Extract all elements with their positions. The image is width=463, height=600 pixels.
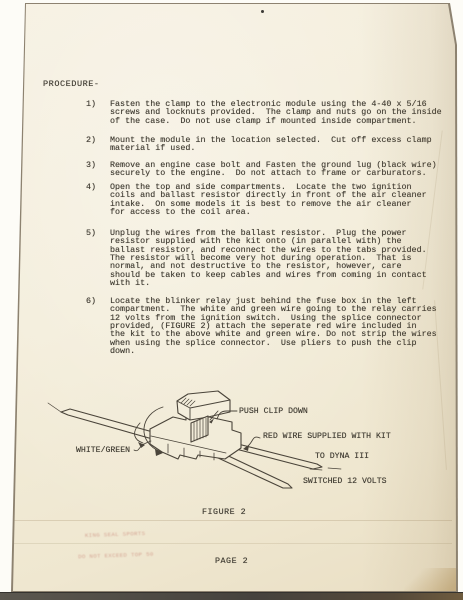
page-curl-shadow	[404, 568, 456, 592]
step-number: 4)	[86, 183, 110, 216]
figure-caption: FIGURE 2	[202, 507, 246, 517]
label-switched-12-volts: SWITCHED 12 VOLTS	[303, 477, 387, 486]
leader-dyna-dash	[310, 469, 322, 470]
step-number: 2)	[86, 136, 110, 153]
connector-blade	[191, 416, 208, 442]
step-text: Mount the module in the location selecte…	[110, 136, 432, 153]
step-text: Locate the blinker relay just behind the…	[110, 297, 437, 355]
label-push-clip-down: PUSH CLIP DOWN	[239, 407, 308, 416]
step-4: 4) Open the top and side compartments. L…	[86, 183, 427, 216]
scanned-page: PROCEDURE- 1) Fasten the clamp to the el…	[0, 0, 463, 600]
stamp-line-1: KING SEAL SPORTS	[58, 529, 173, 540]
paper-sheet: PROCEDURE- 1) Fasten the clamp to the el…	[0, 0, 463, 600]
step-text: Remove an engine case bolt and Fasten th…	[110, 161, 437, 178]
step-text: Unplug the wires from the ballast resist…	[110, 229, 427, 287]
procedure-heading: PROCEDURE-	[43, 79, 100, 89]
step-2: 2) Mount the module in the location sele…	[86, 136, 432, 153]
connector-body	[150, 412, 241, 460]
ink-speck	[261, 10, 264, 13]
step-number: 6)	[86, 297, 110, 355]
leader-white-green	[134, 423, 151, 451]
step-1: 1) Fasten the clamp to the electronic mo…	[86, 100, 442, 125]
step-number: 5)	[86, 229, 110, 287]
leader-push-clip	[217, 411, 237, 419]
switched-12v-wire	[216, 452, 292, 488]
faint-dealer-stamp: KING SEAL SPORTS DO NOT EXCEED TOP 50	[57, 515, 174, 575]
step-6: 6) Locate the blinker relay just behind …	[86, 297, 437, 355]
connector-clip	[177, 391, 230, 420]
paper-crease	[14, 543, 452, 544]
step-text: Fasten the clamp to the electronic modul…	[110, 100, 442, 125]
step-number: 3)	[86, 161, 110, 178]
white-green-wire	[48, 403, 160, 440]
step-number: 1)	[86, 100, 110, 125]
stamp-line-2: DO NOT EXCEED TOP 50	[58, 550, 173, 561]
paper-crease	[14, 520, 452, 521]
label-red-wire: RED WIRE SUPPLIED WITH KIT	[263, 432, 391, 441]
paper-crease	[434, 300, 447, 470]
leader-red-wire	[243, 437, 260, 451]
scanner-bed-strip	[0, 592, 463, 600]
step-3: 3) Remove an engine case bolt and Fasten…	[86, 161, 437, 178]
step-text: Open the top and side compartments. Loca…	[110, 183, 427, 216]
label-white-green: WHITE/GREEN	[76, 446, 130, 455]
step-5: 5) Unplug the wires from the ballast res…	[86, 229, 427, 287]
push-direction-arrow	[209, 411, 218, 424]
label-to-dyna-iii: TO DYNA III	[315, 452, 369, 461]
page-number: PAGE 2	[215, 556, 248, 566]
rotate-arrow	[144, 407, 163, 456]
